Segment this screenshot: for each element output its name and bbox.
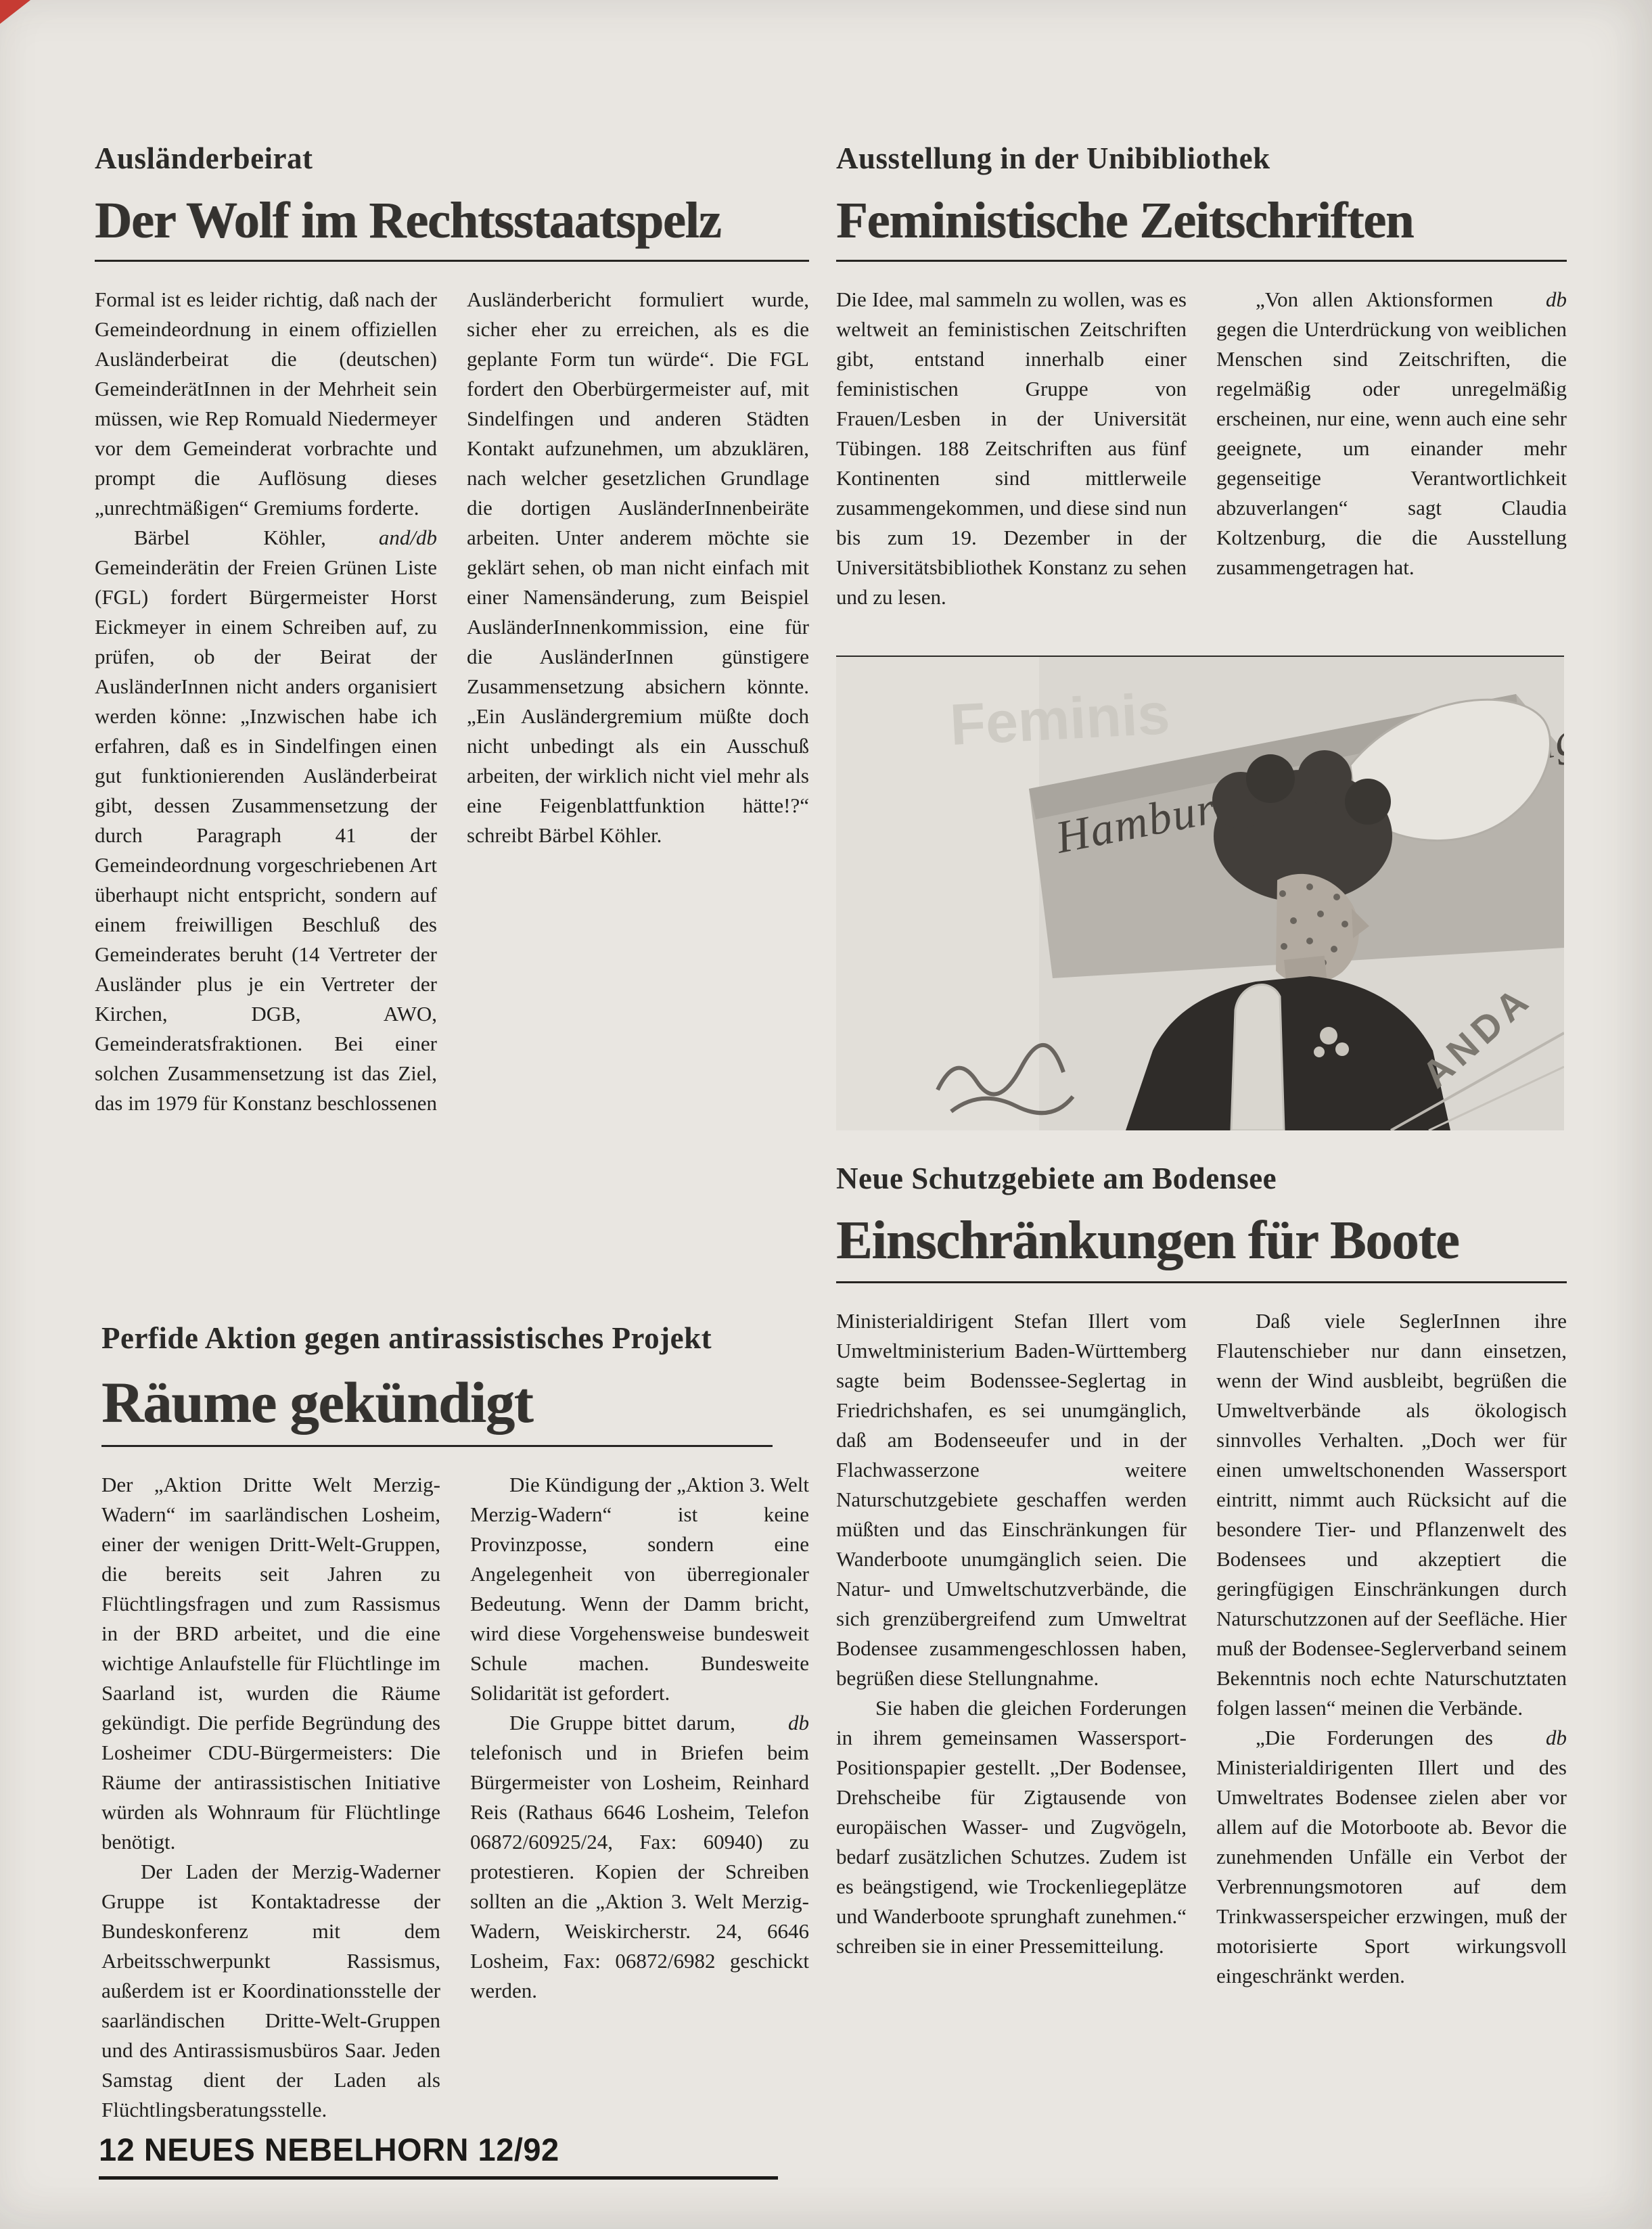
headline: Räume gekündigt (101, 1373, 809, 1433)
headline: Feministische Zeitschriften (836, 195, 1567, 248)
paragraph: Die Idee, mal sammeln zu wollen, was es … (836, 285, 1187, 612)
headline: Der Wolf im Rechtsstaatspelz (95, 195, 809, 248)
newspaper-page: Ausländerbeirat Der Wolf im Rechtsstaats… (0, 0, 1652, 2229)
headline-rule (101, 1445, 773, 1447)
column-right: Daß viele SeglerInnen ihre Flautenschieb… (1216, 1306, 1567, 2159)
paragraph: Der Laden der Merzig-Waderner Gruppe ist… (101, 1857, 440, 2125)
column-left: Die Idee, mal sammeln zu wollen, was es … (836, 285, 1187, 639)
headline-rule (836, 1281, 1567, 1283)
credit: and/db (326, 523, 437, 553)
headline: Einschränkungen für Boote (836, 1214, 1567, 1269)
credit: db (1493, 1723, 1567, 1753)
paragraph-text: „Von allen Aktionsformen gegen die Unter… (1216, 288, 1567, 579)
page-footer: 12 NEUES NEBELHORN 12/92 (99, 2131, 778, 2180)
headline-rule (836, 260, 1567, 262)
headline-rule (95, 260, 809, 262)
paragraph: Die Kündigung der „Aktion 3. Welt Merzig… (470, 1470, 809, 1708)
article-body: Die Idee, mal sammeln zu wollen, was es … (836, 285, 1567, 639)
scan-corner-mark (0, 0, 47, 27)
poster-word: Feminis (948, 681, 1172, 758)
column-right: db„Von allen Aktionsformen gegen die Unt… (1216, 285, 1567, 639)
article-body: Der „Aktion Dritte Welt Merzig-Wadern“ i… (101, 1470, 809, 2178)
paragraph-text: „Die Forderungen des Ministerialdirigent… (1216, 1726, 1567, 1987)
paragraph: Formal ist es leider richtig, daß nach d… (95, 285, 437, 523)
paragraph-text: Die Gruppe bittet darum, telefonisch und… (470, 1711, 809, 2002)
white-glove (1231, 984, 1284, 1130)
kicker: Neue Schutzgebiete am Bodensee (836, 1161, 1567, 1196)
credit: db (735, 1708, 809, 1738)
exhibition-photo: Feminis Hamburger FrauenZeitung (836, 656, 1564, 1130)
article-feministische-zeitschriften: Ausstellung in der Unibibliothek Feminis… (836, 141, 1567, 1130)
paragraph: Daß viele SeglerInnen ihre Flautenschieb… (1216, 1306, 1567, 1723)
paragraph: Ministerialdirigent Stefan Illert vom Um… (836, 1306, 1187, 1693)
kicker: Perfide Aktion gegen antirassistisches P… (101, 1320, 809, 1356)
column-left: Ministerialdirigent Stefan Illert vom Um… (836, 1306, 1187, 2159)
hat-curl (1345, 779, 1391, 825)
kicker: Ausstellung in der Unibibliothek (836, 141, 1567, 176)
exhibition-photo-art: Feminis Hamburger FrauenZeitung (836, 657, 1564, 1130)
article-einschraenkungen-boote: Neue Schutzgebiete am Bodensee Einschrän… (836, 1161, 1567, 2159)
paragraph: dbDie Gruppe bittet darum, telefonisch u… (470, 1708, 809, 2006)
hat-curl (1246, 754, 1295, 803)
hat-curl (1298, 750, 1352, 804)
paragraph: Sie haben die gleichen Forderungen in ih… (836, 1693, 1187, 1961)
kicker: Ausländerbeirat (95, 141, 809, 176)
article-raeume-gekuendigt: Perfide Aktion gegen antirassistisches P… (101, 1320, 809, 2178)
article-body: Ministerialdirigent Stefan Illert vom Um… (836, 1306, 1567, 2159)
article-auslaenderbeirat: Ausländerbeirat Der Wolf im Rechtsstaats… (95, 141, 809, 1134)
paragraph: db„Die Forderungen des Ministerialdirige… (1216, 1723, 1567, 1991)
credit: db (1493, 285, 1567, 315)
paragraph: db„Von allen Aktionsformen gegen die Unt… (1216, 285, 1567, 582)
paragraph: Der „Aktion Dritte Welt Merzig-Wadern“ i… (101, 1470, 440, 1857)
article-body: Formal ist es leider richtig, daß nach d… (95, 285, 809, 1134)
